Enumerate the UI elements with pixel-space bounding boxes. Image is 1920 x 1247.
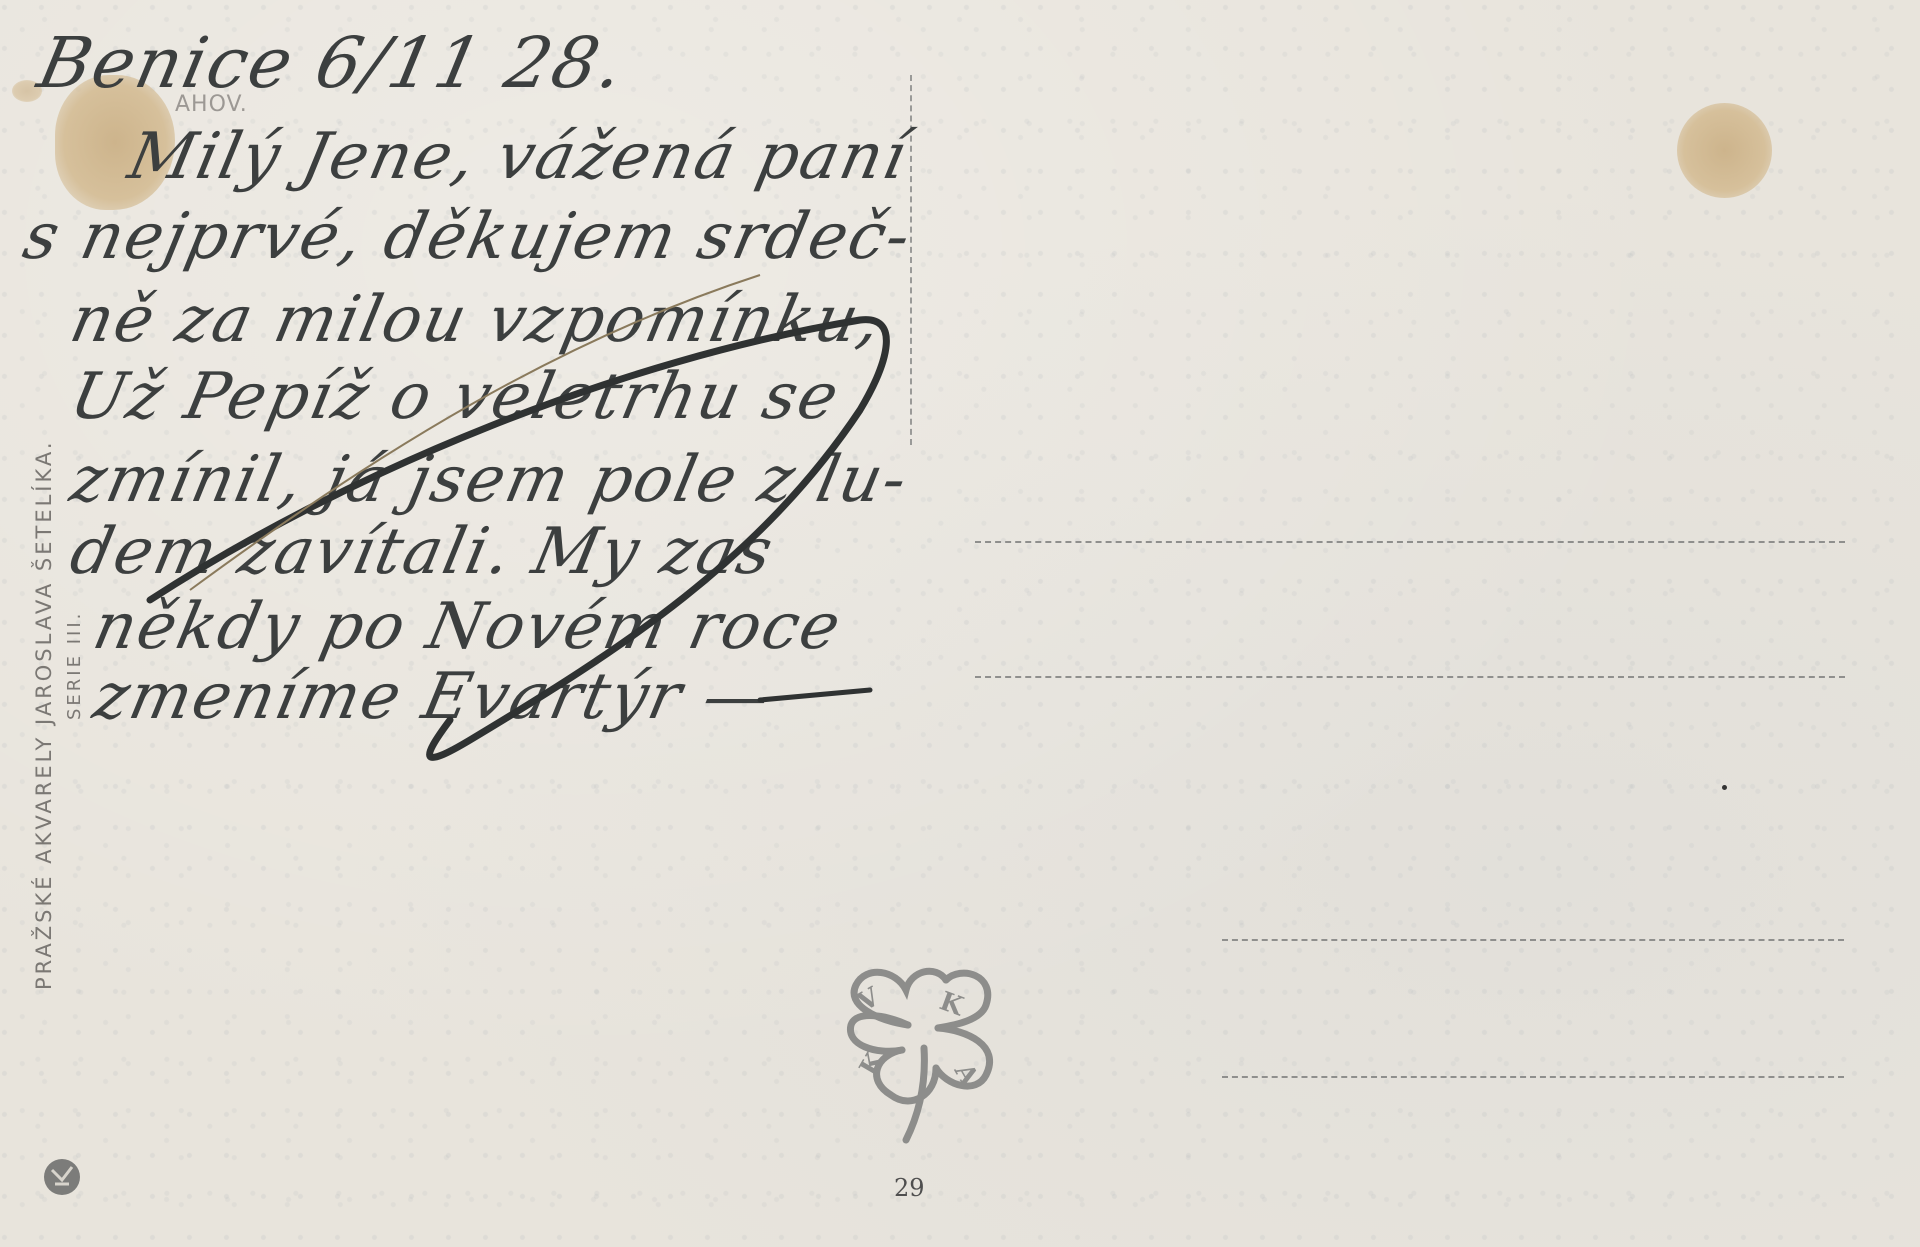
postcard-back: AHOV. PRAŽSKÉ AKVARELY JAROSLAVA ŠETELÍK…	[0, 0, 1920, 1247]
publisher-emblem-icon	[37, 1152, 87, 1202]
clover-logo-icon: V K K A	[836, 960, 1006, 1160]
svg-text:K: K	[936, 986, 969, 1022]
page-number: 29	[894, 1174, 925, 1202]
